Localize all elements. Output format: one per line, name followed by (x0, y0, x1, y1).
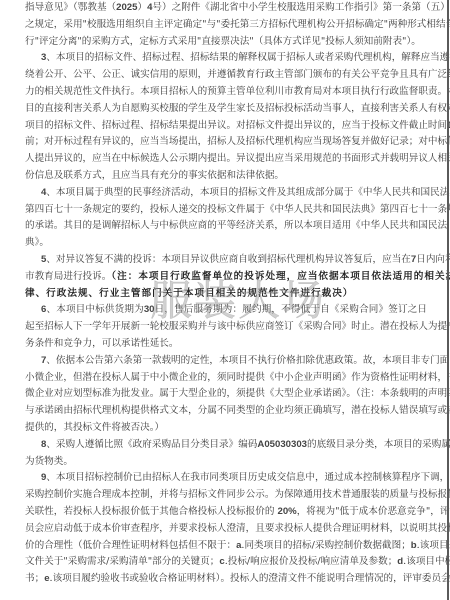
text-line: 行"评定分离"的采购方式，定标方式采用"直接票决法"（具体方式详见"投标人须知前… (25, 34, 427, 51)
text-line: 份信息及联系方式，且应当具有充分的事实依据和法律依据。 (25, 168, 427, 185)
document-body: 指导意见》（鄂教基（2025）4号）之附件《湖北省中小学生校服选用采购工作指引》… (25, 0, 427, 588)
latin-run: 2025 (116, 2, 137, 13)
text-line: 4、本项目属于典型的民事经济活动，本项目的招标文件及其组成部分属于《中华人民共和… (25, 185, 427, 202)
text-line: 书；e.该项目履约验收书或验收合格证明材料）。投标人的澄清文件不能说明合理情况的… (25, 571, 427, 588)
text-line: 价的合理性（低价合理性证明材料包括但不限于：a.同类项目的招标/采购控制价数据截… (25, 538, 427, 555)
latin-run: 6 (41, 304, 46, 315)
latin-run: d (397, 556, 403, 567)
text-line: 微企业对应划型标准为批发业。属于大型企业的，须提供《大型企业承诺函》。（注：本条… (25, 386, 427, 403)
latin-run: e (44, 573, 49, 584)
latin-run: b (411, 540, 417, 551)
text-line: 起至招标人下一学年开展新一轮校服采购并与该中标供应商签订《采购合同》时止。潜在投… (25, 319, 427, 336)
text-line: 采购控制价实施合理成本控制，并将与招标文件同步公示。为保障通用技术普通服装的质量… (25, 487, 427, 504)
text-line: 提供的，其投标文件将被否决。） (25, 420, 427, 437)
text-line: 前；对开标过程有异议的，应当当场提出，招标人及招标代理机构应当现场答复并做好记录… (25, 134, 427, 151)
text-line: 律、行政法规、行业主管部门关于本项目相关的规范性文件进行裁决） (25, 286, 427, 303)
latin-run: A05030303 (257, 439, 307, 450)
latin-run: 4 (147, 2, 152, 13)
latin-run: 4 (41, 187, 46, 198)
text-line: 的承诺。其目的是调解招标人与中标供应商的平等经济关系，所以本项目适用《中华人民共… (25, 218, 427, 235)
text-line: 务条件和竞争力，可以承诺性延长。 (25, 336, 427, 353)
page-edge-border (447, 0, 449, 600)
text-line: 5、对异议答复不满的投诉：本项目异议供应商自收到招标代理机构异议答复后，应当在7… (25, 252, 427, 269)
latin-run: 8 (41, 439, 46, 450)
latin-run: 9 (41, 472, 46, 483)
text-line: 7、依据本公告第六条第一款载明的定性，本项目不执行价格扣除优惠政策。故，本项目非… (25, 353, 427, 370)
text-line: 小微企业，但潜在投标人属于中小微企业的，须同时提供《中小企业声明函》作为资格性证… (25, 370, 427, 387)
text-line: 与承诺函由招标代理机构提供格式文本，分属不同类型的企业均须正确填写，潜在投标人错… (25, 403, 427, 420)
document-page: 指导意见》（鄂教基（2025）4号）之附件《湖北省中小学生校服选用采购工作指引》… (0, 0, 447, 600)
text-line: 指导意见》（鄂教基（2025）4号）之附件《湖北省中小学生校服选用采购工作指引》… (25, 0, 427, 17)
text-line: 为货物类。 (25, 454, 427, 471)
text-line-bold-note: （注：本项目行政监督单位的投诉处理，应当依据本项目依法适用的相关法 (111, 271, 450, 282)
text-line: 项目的招标文件、招标过程、招标结果提出异议。对招标文件提出异议的，应当于投标文件… (25, 118, 427, 135)
text-line: 关联性，若投标人投标报价低于其他合格投标人投标报价的 20%，将视为"低于成本价… (25, 504, 427, 521)
latin-run: c (219, 556, 224, 567)
latin-run: 30 (144, 304, 155, 315)
latin-run: 5 (41, 254, 46, 265)
text-line: 第四百七十一条规定的要约，投标人递交的投标文件属于《中华人民共和国民法典》第四百… (25, 202, 427, 219)
latin-run: 7 (41, 355, 46, 366)
latin-run: 7 (411, 254, 416, 265)
text-line: 6、本项目中标供货期为30日，售后服务期为：履约期，不得低于自《采购合同》签订之… (25, 302, 427, 319)
latin-run: 20% (278, 506, 297, 517)
text-line: 9、本项目招标控制价已由招标人在我市同类项目历史成交信息中，通过成本控制核算程序… (25, 470, 427, 487)
text-line: 人提出异议的，应当在中标候选人公示期内提出。异议提出应当采用规范的书面形式并载明… (25, 151, 427, 168)
latin-run: 3 (41, 52, 46, 63)
text-line: 8、采购人遵循比照《政府采购品目分类目录》编码A05030303的底级目录分类，… (25, 437, 427, 454)
text-line-bold-note: 律、行政法规、行业主管部门关于本项目相关的规范性文件进行裁决） (25, 288, 353, 299)
text-line: 力的相关规范性文件执行。本项目招标人的预算主管单位利川市教育局对本项目执行行政监… (25, 84, 427, 101)
text-line: 目的直接利害关系人为自愿购买校服的学生及学生家长及招标投标活动当事人，直接利害关… (25, 101, 427, 118)
text-line: 市教育局进行投诉。（注：本项目行政监督单位的投诉处理，应当依据本项目依法适用的相… (25, 269, 427, 286)
text-line: 文件关于"采购需求/采购清单"部分的关键页；c.投标/响应报价及投标/响应清单及… (25, 554, 427, 571)
text-line: 员会应启动低于成本价审查程序，并要求投标人澄清，且要求投标人提供合理证明材料，以… (25, 521, 427, 538)
text-line-plain: 市教育局进行投诉。 (25, 271, 111, 282)
text-line: 3、本项目的招标文件、招标过程、招标结果的解释权属于招标人或者采购代理机构，解释… (25, 50, 427, 67)
text-line: 绕着公开、公平、公正、诚实信用的原则，并遵循教育行政主管部门颁布的有关公平竞争且… (25, 67, 427, 84)
latin-run: a (236, 540, 241, 551)
text-line: 之规定，采用"校服选用组织自主评定确定"与"委托第三方招标代理机构公开招标确定"… (25, 17, 427, 34)
text-line: 典》。 (25, 235, 427, 252)
